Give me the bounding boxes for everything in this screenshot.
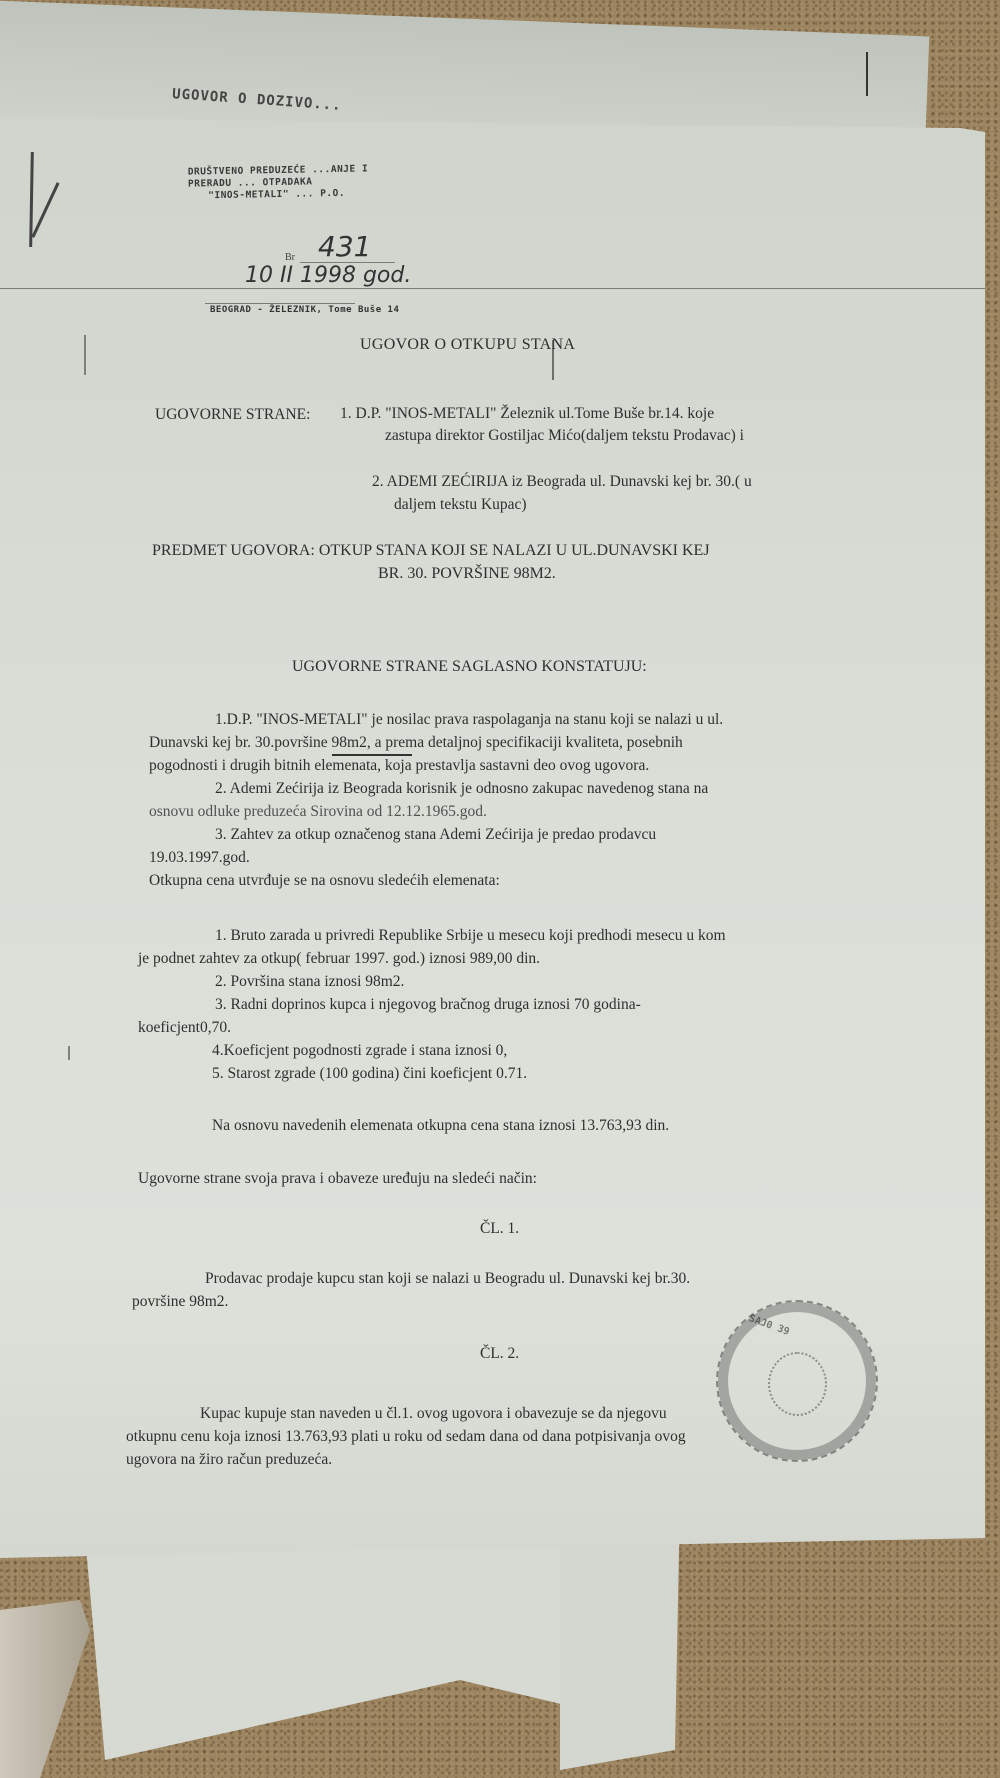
party-1-line-2: zastupa direktor Gostiljac Mićo(daljem t… bbox=[385, 427, 744, 445]
registry-br-label: Br bbox=[285, 252, 295, 263]
margin-tick bbox=[84, 335, 86, 375]
finding-line: 19.03.1997.god. bbox=[149, 849, 250, 867]
ink-underline bbox=[332, 754, 412, 756]
finding-line: osnovu odluke preduzeća Sirovina od 12.1… bbox=[149, 803, 487, 821]
staple-mark bbox=[866, 52, 868, 96]
registry-stamp-header: DRUŠTVENO PREDUZEĆE ...ANJE I PRERADU ..… bbox=[188, 163, 369, 202]
article-1-line: Prodavac prodaje kupcu stan koji se nala… bbox=[205, 1270, 690, 1288]
element-line: 5. Starost zgrade (100 godina) čini koef… bbox=[212, 1065, 527, 1083]
party-1-line-1: 1. D.P. "INOS-METALI" Železnik ul.Tome B… bbox=[340, 405, 714, 423]
finding-line: Dunavski kej br. 30.površine 98m2, a pre… bbox=[149, 734, 683, 752]
element-line: 2. Površina stana iznosi 98m2. bbox=[215, 973, 404, 991]
article-2-line: ugovora na žiro račun preduzeća. bbox=[126, 1451, 332, 1469]
element-line: je podnet zahtev za otkup( februar 1997.… bbox=[138, 950, 540, 968]
article-1-line: površine 98m2. bbox=[132, 1293, 228, 1311]
price-statement: Na osnovu navedenih elemenata otkupna ce… bbox=[212, 1117, 669, 1135]
seal-emblem bbox=[768, 1352, 827, 1416]
company-seal: SAJ0 39 bbox=[716, 1300, 878, 1462]
margin-tick bbox=[68, 1046, 70, 1060]
element-line: 3. Radni doprinos kupca i njegovog bračn… bbox=[215, 996, 641, 1014]
subject-line-2: BR. 30. POVRŠINE 98M2. bbox=[378, 565, 556, 583]
finding-line: pogodnosti i drugih bitnih elemenata, ko… bbox=[149, 757, 649, 775]
seal-text: SAJ0 39 bbox=[747, 1313, 790, 1338]
finding-line: 3. Zahtev za otkup označenog stana Ademi… bbox=[215, 826, 656, 844]
finding-line: 1.D.P. "INOS-METALI" je nosilac prava ra… bbox=[215, 711, 723, 729]
party-2-line-1: 2. ADEMI ZEĆIRIJA iz Beograda ul. Dunavs… bbox=[372, 473, 752, 491]
party-2-line-2: daljem tekstu Kupac) bbox=[394, 496, 527, 514]
plastic-sleeve bbox=[0, 1600, 90, 1778]
header-rule bbox=[0, 288, 985, 289]
registry-number: 431 bbox=[318, 230, 371, 263]
section-heading: UGOVORNE STRANE SAGLASNO KONSTATUJU: bbox=[292, 658, 647, 676]
registry-date: 10 II 1998 god. bbox=[245, 263, 411, 288]
article-2-line: otkupnu cenu koja iznosi 13.763,93 plati… bbox=[126, 1428, 686, 1446]
article-2-line: Kupac kupuje stan naveden u čl.1. ovog u… bbox=[200, 1405, 667, 1423]
article-1-heading: ČL. 1. bbox=[480, 1220, 519, 1238]
document-title: UGOVOR O OTKUPU STANA bbox=[360, 335, 575, 355]
element-line: 4.Koeficjent pogodnosti zgrade i stana i… bbox=[212, 1042, 507, 1060]
parties-label: UGOVORNE STRANE: bbox=[155, 405, 310, 425]
subject-line-1: PREDMET UGOVORA: OTKUP STANA KOJI SE NAL… bbox=[152, 542, 710, 560]
registry-address: BEOGRAD - ŽELEZNIK, Tome Buše 14 bbox=[210, 305, 399, 315]
element-line: koeficjent0,70. bbox=[138, 1019, 231, 1037]
element-line: 1. Bruto zarada u privredi Republike Srb… bbox=[215, 927, 726, 945]
obligations-intro: Ugovorne strane svoja prava i obaveze ur… bbox=[138, 1170, 537, 1188]
registry-rule bbox=[205, 303, 355, 304]
finding-line: Otkupna cena utvrđuje se na osnovu slede… bbox=[149, 872, 500, 890]
finding-line: 2. Ademi Zećirija iz Beograda korisnik j… bbox=[215, 780, 708, 798]
article-2-heading: ČL. 2. bbox=[480, 1345, 519, 1363]
